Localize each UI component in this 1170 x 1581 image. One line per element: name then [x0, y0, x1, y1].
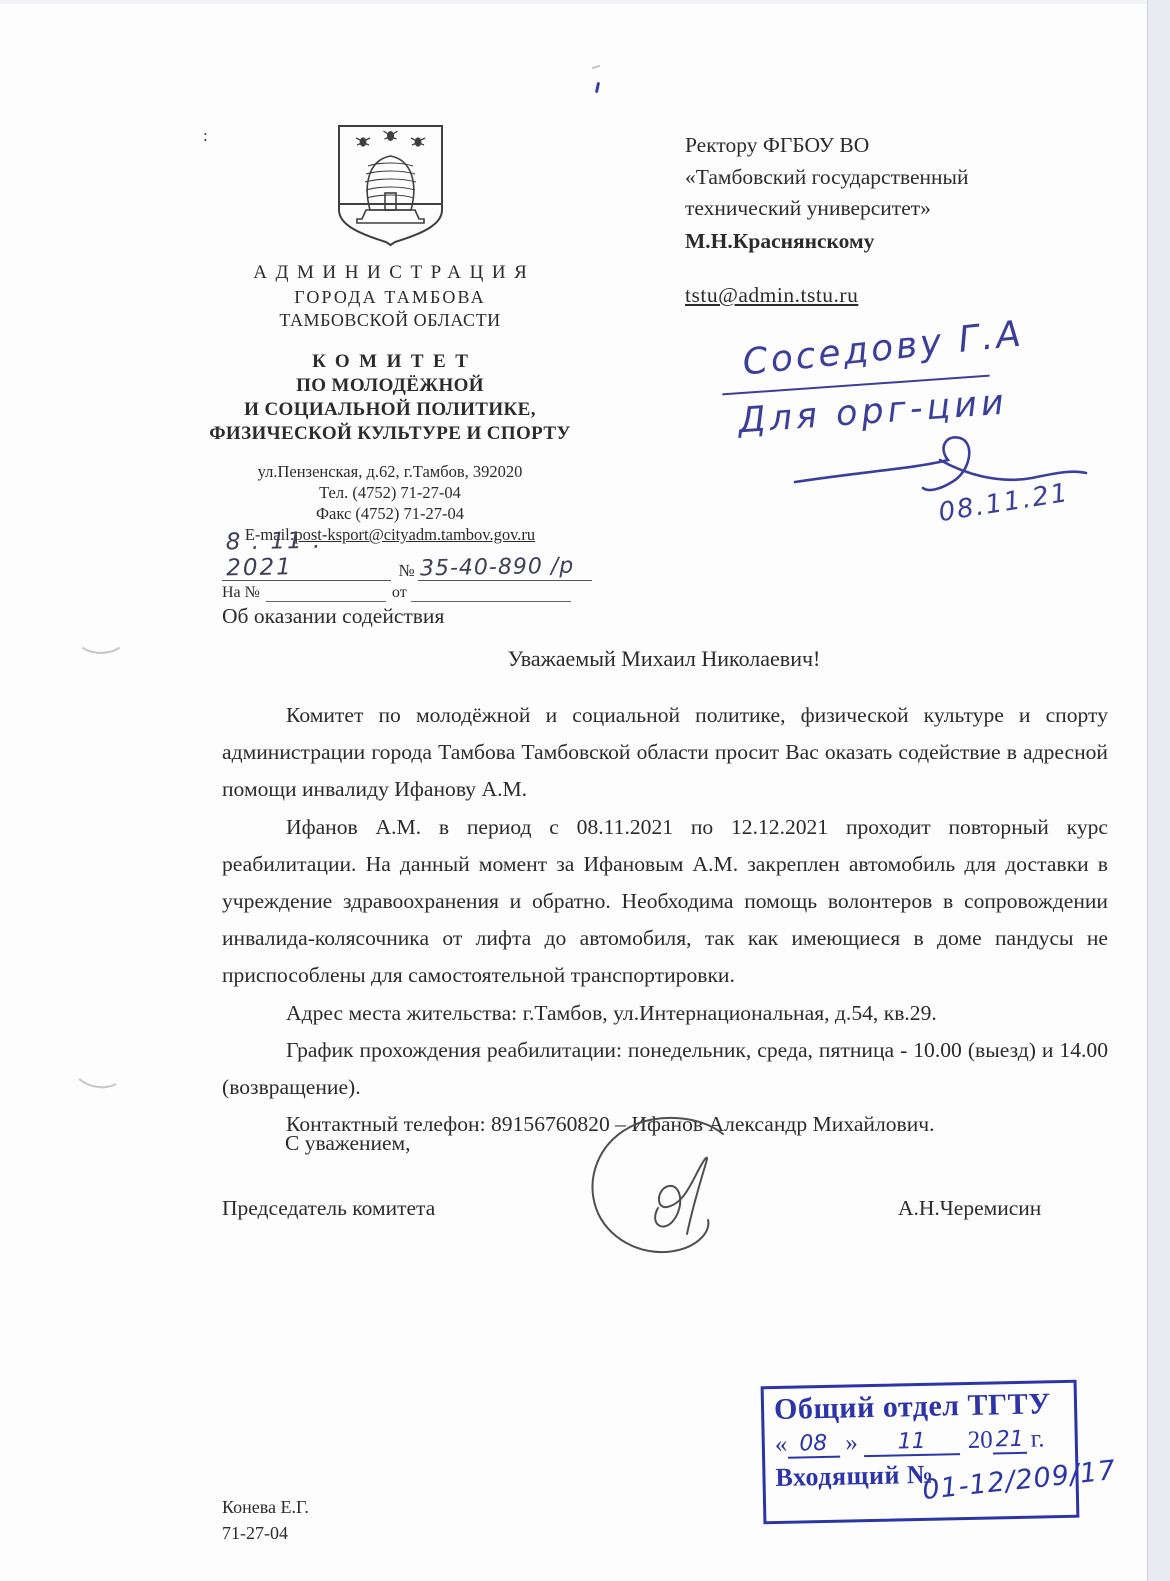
phone-line: Тел. (4752) 71-27-04	[190, 482, 590, 503]
stamp-handwritten-day: 08	[787, 1431, 840, 1459]
outgoing-date-field: 8 . 11 . 2021	[222, 528, 391, 581]
reference-block: 8 . 11 . 2021 № 35-40-890 /р На № от	[222, 528, 592, 602]
number-sign-label: №	[399, 561, 415, 581]
ot-label: от	[392, 584, 407, 602]
committee-line: КОМИТЕТ	[200, 351, 591, 373]
chairman-signature	[578, 1112, 773, 1267]
salutation: Уважаемый Михаил Николаевич!	[222, 646, 1106, 672]
body-paragraph: Комитет по молодёжной и социальной полит…	[222, 697, 1108, 809]
stamp-handwritten-year: 21	[993, 1427, 1028, 1455]
recipient-block: Ректору ФГБОУ ВО «Тамбовский государстве…	[685, 130, 969, 312]
letterhead: АДМИНИСТРАЦИЯ ГОРОДА ТАМБОВА ТАМБОВСКОЙ …	[190, 122, 590, 545]
reply-to-row: На № от	[222, 584, 592, 602]
body-paragraph: Ифанов А.М. в период с 08.11.2021 по 12.…	[222, 809, 1108, 995]
incoming-stamp: Общий отдел ТГТУ « 08 » 11 20 21 г. Вход…	[761, 1380, 1080, 1525]
na-label: На №	[222, 584, 260, 602]
quote-close: »	[845, 1429, 858, 1457]
scan-right-edge	[1147, 0, 1170, 1581]
handwritten-resolution-addressee: Соседову Г.А	[741, 313, 1026, 383]
committee-name: КОМИТЕТ ПО МОЛОДЁЖНОЙ И СОЦИАЛЬНОЙ ПОЛИТ…	[190, 351, 590, 445]
outgoing-number-field: 35-40-890 /р	[418, 555, 592, 581]
org-name-line: ТАМБОВСКОЙ ОБЛАСТИ	[190, 310, 590, 331]
closing-regards: С уважением,	[285, 1131, 411, 1156]
executor-phone: 71-27-04	[222, 1520, 309, 1546]
stamp-date-row: « 08 » 11 20 21 г.	[775, 1425, 1068, 1459]
date-number-row: 8 . 11 . 2021 № 35-40-890 /р	[222, 528, 592, 581]
tambov-beehive-coat-of-arms-icon	[332, 122, 448, 248]
scanned-letter-page: : АДМИНИ	[0, 0, 1170, 1581]
scan-smudge	[592, 65, 600, 70]
recipient-name: М.Н.Краснянскому	[685, 226, 969, 258]
committee-line: ПО МОЛОДЁЖНОЙ	[190, 375, 590, 397]
scan-arc-artifact	[72, 1053, 126, 1092]
body-paragraph: Адрес места жительства: г.Тамбов, ул.Инт…	[222, 995, 1108, 1032]
stamp-year-prefix: 20	[967, 1426, 993, 1455]
signer-position: Председатель комитета	[222, 1196, 435, 1221]
executor-name: Конева Е.Г.	[222, 1494, 309, 1520]
org-name-line: АДМИНИСТРАЦИЯ	[199, 262, 590, 284]
postal-address: ул.Пензенская, д.62, г.Тамбов, 392020	[190, 461, 590, 482]
handwritten-number: 35-40-890 /р	[420, 554, 575, 582]
scan-top-edge	[0, 0, 1170, 4]
body-paragraph: График прохождения реабилитации: понедел…	[222, 1032, 1108, 1106]
committee-line: ФИЗИЧЕСКОЙ КУЛЬТУРЕ И СПОРТУ	[190, 423, 590, 445]
recipient-email: tstu@admin.tstu.ru	[685, 280, 969, 312]
reply-date-blank	[411, 585, 571, 602]
stamp-year-suffix: г.	[1030, 1425, 1044, 1453]
letter-body: Комитет по молодёжной и социальной полит…	[222, 697, 1108, 1143]
recipient-line: технический университет»	[685, 193, 969, 225]
committee-line: И СОЦИАЛЬНОЙ ПОЛИТИКЕ,	[190, 399, 590, 421]
handwritten-date: 8 . 11 . 2021	[226, 527, 391, 582]
pen-speck-mark	[595, 82, 600, 93]
signer-name: А.Н.Черемисин	[898, 1196, 1041, 1221]
incoming-label: Входящий №	[775, 1460, 934, 1493]
stamp-handwritten-month: 11	[864, 1428, 961, 1457]
reply-number-blank	[266, 585, 386, 602]
recipient-line: Ректору ФГБОУ ВО	[685, 130, 969, 162]
bees-icon	[356, 131, 425, 147]
recipient-line: «Тамбовский государственный	[685, 162, 969, 194]
quote-open: «	[775, 1431, 788, 1459]
fax-line: Факс (4752) 71-27-04	[190, 503, 590, 524]
stamp-title: Общий отдел ТГТУ	[774, 1387, 1067, 1427]
executor-block: Конева Е.Г. 71-27-04	[222, 1494, 309, 1546]
org-name-line: ГОРОДА ТАМБОВА	[190, 287, 590, 308]
subject-line: Об оказании содействия	[222, 604, 444, 629]
scan-arc-artifact	[76, 622, 126, 654]
